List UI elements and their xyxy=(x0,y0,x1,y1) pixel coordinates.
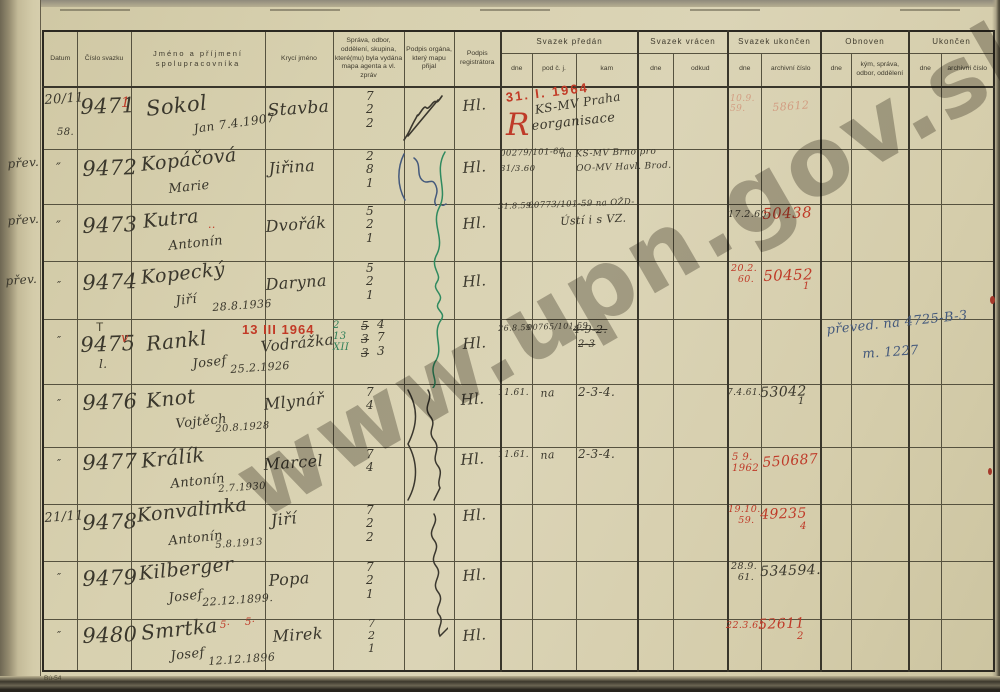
cell xyxy=(576,561,638,619)
cell xyxy=(501,619,532,671)
cell xyxy=(821,319,851,384)
cell xyxy=(265,319,333,384)
cell xyxy=(333,504,404,561)
cell xyxy=(501,561,532,619)
cell xyxy=(851,319,909,384)
cell xyxy=(761,504,821,561)
cell xyxy=(728,619,761,671)
sub-header-predan-cj: pod č. j. xyxy=(532,53,576,87)
cell xyxy=(638,619,673,671)
group-header-svazek-ukoncen: Svazek ukončen xyxy=(728,31,821,53)
cell xyxy=(454,619,501,671)
cell xyxy=(77,619,131,671)
cell xyxy=(821,561,851,619)
cell xyxy=(821,619,851,671)
cell xyxy=(941,319,994,384)
col-header-sprava: Správa, odbor, oddělení, skupina, které(… xyxy=(333,31,404,87)
cell xyxy=(673,319,728,384)
cell xyxy=(576,619,638,671)
cell xyxy=(532,504,576,561)
cell xyxy=(43,204,77,261)
cell xyxy=(941,204,994,261)
cell xyxy=(728,561,761,619)
cell xyxy=(404,204,454,261)
cell xyxy=(333,619,404,671)
cell xyxy=(43,149,77,204)
cell xyxy=(77,87,131,149)
cell xyxy=(909,619,941,671)
cell xyxy=(131,619,265,671)
cell xyxy=(131,87,265,149)
cell xyxy=(909,319,941,384)
cell xyxy=(77,261,131,319)
cell xyxy=(851,384,909,447)
col-header-datum: Datum xyxy=(43,31,77,87)
cell xyxy=(576,504,638,561)
table-row xyxy=(43,204,994,261)
cell xyxy=(851,204,909,261)
cell xyxy=(43,319,77,384)
cell xyxy=(909,384,941,447)
scan-top-edge xyxy=(0,0,1000,7)
sub-header-ukoncen-dne: dne xyxy=(728,53,761,87)
col-header-kryci-jmeno: Krycí jméno xyxy=(265,31,333,87)
cell xyxy=(265,561,333,619)
col-header-jmeno: Jméno a příjmení spolupracovníka xyxy=(131,31,265,87)
cell xyxy=(851,504,909,561)
cell xyxy=(821,384,851,447)
cell xyxy=(761,384,821,447)
table-row xyxy=(43,561,994,619)
group-header-row: Datum Číslo svazku Jméno a příjmení spol… xyxy=(43,31,994,53)
cell xyxy=(638,504,673,561)
cell xyxy=(532,384,576,447)
col-header-podpis-registratora: Podpis registrátora xyxy=(454,31,501,87)
col-header-cislo-svazku: Číslo svazku xyxy=(77,31,131,87)
cell xyxy=(454,204,501,261)
cell xyxy=(265,619,333,671)
cell xyxy=(909,204,941,261)
cell xyxy=(638,447,673,504)
cell xyxy=(761,319,821,384)
cell xyxy=(77,204,131,261)
sub-header-predan-dne: dne xyxy=(501,53,532,87)
sub-header-vracen-dne: dne xyxy=(638,53,673,87)
cell xyxy=(131,204,265,261)
cell xyxy=(532,87,576,149)
cell xyxy=(501,204,532,261)
cell xyxy=(43,447,77,504)
cell xyxy=(404,619,454,671)
cell xyxy=(404,561,454,619)
scanned-register-page: Datum Číslo svazku Jméno a příjmení spol… xyxy=(0,0,1000,692)
cell xyxy=(761,261,821,319)
cell xyxy=(728,447,761,504)
cell xyxy=(821,504,851,561)
cell xyxy=(454,504,501,561)
cell xyxy=(851,447,909,504)
cell xyxy=(532,447,576,504)
cell xyxy=(77,561,131,619)
book-binding-edge xyxy=(0,0,41,692)
cell xyxy=(941,384,994,447)
cell xyxy=(131,561,265,619)
cell xyxy=(77,504,131,561)
cell xyxy=(909,561,941,619)
cell xyxy=(404,87,454,149)
cell xyxy=(333,204,404,261)
cell xyxy=(941,261,994,319)
cell xyxy=(851,561,909,619)
sub-header-ukoncen-archivni: archivní číslo xyxy=(761,53,821,87)
cell xyxy=(131,149,265,204)
table-row xyxy=(43,447,994,504)
group-header-svazek-predan: Svazek předán xyxy=(501,31,638,53)
col-header-podpis-organa: Podpis orgána, který mapu přijal xyxy=(404,31,454,87)
table-row xyxy=(43,619,994,671)
cell xyxy=(941,504,994,561)
cell xyxy=(941,149,994,204)
scan-top-dashes xyxy=(60,9,960,11)
cell xyxy=(77,149,131,204)
cell xyxy=(576,447,638,504)
cell xyxy=(728,384,761,447)
cell xyxy=(265,149,333,204)
table-row xyxy=(43,504,994,561)
cell xyxy=(532,149,576,204)
sub-header-predan-kam: kam xyxy=(576,53,638,87)
cell xyxy=(43,619,77,671)
cell xyxy=(576,87,638,149)
cell xyxy=(532,561,576,619)
cell xyxy=(454,87,501,149)
cell xyxy=(43,261,77,319)
cell xyxy=(909,447,941,504)
sub-header-vracen-odkud: odkud xyxy=(673,53,728,87)
cell xyxy=(454,447,501,504)
cell xyxy=(673,87,728,149)
cell xyxy=(909,261,941,319)
cell xyxy=(501,87,532,149)
cell xyxy=(761,561,821,619)
cell xyxy=(673,619,728,671)
cell xyxy=(333,149,404,204)
cell xyxy=(673,447,728,504)
group-header-svazek-vracen: Svazek vrácen xyxy=(638,31,728,53)
scan-bottom-edge xyxy=(0,676,1000,692)
cell xyxy=(728,319,761,384)
cell xyxy=(638,384,673,447)
cell xyxy=(851,619,909,671)
cell xyxy=(404,504,454,561)
cell xyxy=(941,561,994,619)
cell xyxy=(333,261,404,319)
cell xyxy=(501,504,532,561)
cell xyxy=(454,149,501,204)
cell xyxy=(77,319,131,384)
cell xyxy=(851,261,909,319)
cell xyxy=(333,87,404,149)
cell xyxy=(909,504,941,561)
cell xyxy=(77,447,131,504)
cell xyxy=(265,204,333,261)
cell xyxy=(77,384,131,447)
cell xyxy=(454,561,501,619)
cell xyxy=(761,447,821,504)
cell xyxy=(43,561,77,619)
cell xyxy=(941,447,994,504)
cell xyxy=(333,561,404,619)
cell xyxy=(673,504,728,561)
group-header-obnoven: Obnoven xyxy=(821,31,909,53)
cell xyxy=(43,384,77,447)
cell xyxy=(673,561,728,619)
cell xyxy=(131,504,265,561)
cell xyxy=(131,261,265,319)
cell xyxy=(761,619,821,671)
cell xyxy=(404,149,454,204)
cell xyxy=(576,384,638,447)
cell xyxy=(43,504,77,561)
cell xyxy=(638,561,673,619)
cell xyxy=(404,261,454,319)
cell xyxy=(821,447,851,504)
cell xyxy=(501,149,532,204)
cell xyxy=(638,319,673,384)
cell xyxy=(576,149,638,204)
cell xyxy=(131,319,265,384)
cell xyxy=(43,87,77,149)
cell xyxy=(265,261,333,319)
cell xyxy=(265,87,333,149)
cell xyxy=(501,447,532,504)
cell xyxy=(941,619,994,671)
cell xyxy=(638,87,673,149)
cell xyxy=(821,261,851,319)
cell xyxy=(532,619,576,671)
cell xyxy=(673,384,728,447)
cell xyxy=(728,504,761,561)
